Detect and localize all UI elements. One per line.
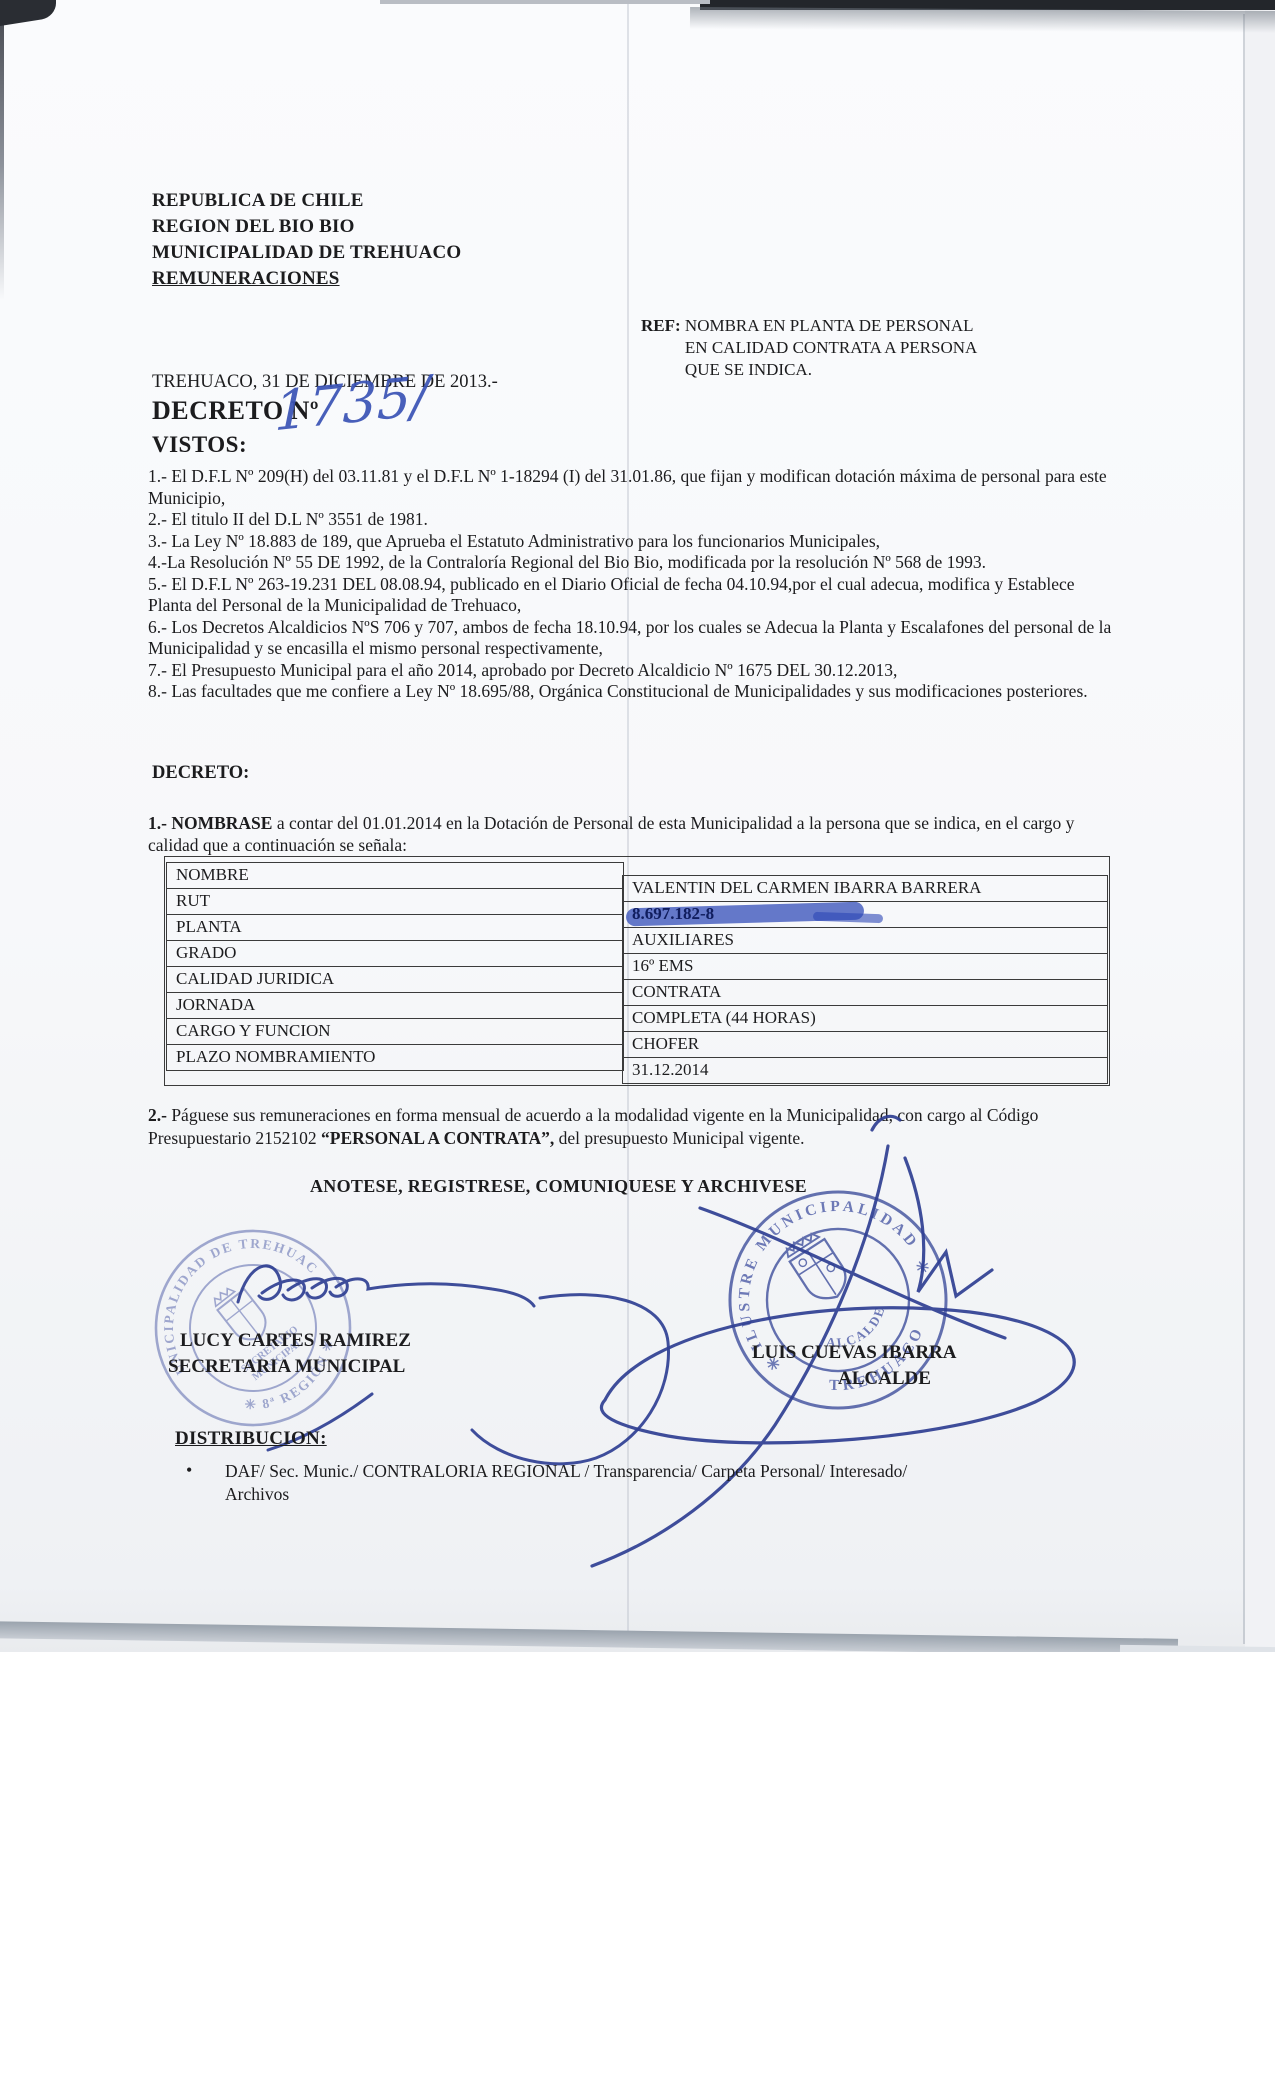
stamp-right-arc-bottom: TREHUACO <box>821 1318 938 1411</box>
vistos-item-3: 3.- La Ley Nº 18.883 de 189, que Aprueba… <box>148 531 1116 553</box>
table-value-plazo: 31.12.2014 <box>623 1058 1107 1083</box>
article-2-budget-item: “PERSONAL A CONTRATA”, <box>321 1128 554 1148</box>
letterhead-country: REPUBLICA DE CHILE <box>152 188 461 214</box>
letterhead-region: REGION DEL BIO BIO <box>152 214 461 240</box>
vistos-item-8: 8.- Las facultades que me confiere a Ley… <box>148 681 1116 703</box>
vistos-list: 1.- El D.F.L Nº 209(H) del 03.11.81 y el… <box>148 466 1116 703</box>
vistos-item-4: 4.-La Resolución Nº 55 DE 1992, de la Co… <box>148 552 1116 574</box>
paper-right-edge <box>1243 14 1245 1644</box>
rut-text: 8.697.182-8 <box>632 904 714 923</box>
table-value-cargo: CHOFER <box>623 1032 1107 1058</box>
vistos-item-6: 6.- Los Decretos Alcaldicios NºS 706 y 7… <box>148 617 1116 660</box>
vistos-item-7: 7.- El Presupuesto Municipal para el año… <box>148 660 1116 682</box>
scan-top-shadow <box>690 7 1275 33</box>
scanner-background <box>0 1656 1275 2100</box>
scanned-paper: REPUBLICA DE CHILE REGION DEL BIO BIO MU… <box>0 0 1275 1652</box>
closing-formula: ANOTESE, REGISTRESE, COMUNIQUESE Y ARCHI… <box>310 1176 807 1197</box>
distribution-item-line2: Archivos <box>225 1484 289 1504</box>
table-value-nombre: VALENTIN DEL CARMEN IBARRA BARRERA <box>623 876 1107 902</box>
article-1-text: a contar del 01.01.2014 en la Dotación d… <box>148 813 1074 855</box>
table-label-nombre: NOMBRE <box>167 863 623 889</box>
table-label-calidad: CALIDAD JURIDICA <box>167 967 623 993</box>
table-label-planta: PLANTA <box>167 915 623 941</box>
vistos-item-1: 1.- El D.F.L Nº 209(H) del 03.11.81 y el… <box>148 466 1116 509</box>
table-value-rut: 8.697.182-8 <box>623 902 1107 928</box>
article-2-number: 2.- <box>148 1105 167 1125</box>
scan-bottom-edge <box>0 1621 1178 1652</box>
decreto-heading: DECRETO: <box>152 763 249 784</box>
scan-bottom-edge-right <box>1120 1645 1275 1652</box>
table-label-cargo: CARGO Y FUNCION <box>167 1019 623 1045</box>
letterhead-municipality: MUNICIPALIDAD DE TREHUACO <box>152 240 461 266</box>
article-1-number: 1.- NOMBRASE <box>148 813 272 833</box>
vistos-heading: VISTOS: <box>152 432 247 458</box>
scan-top-faint-line <box>380 0 710 4</box>
ref-block: REF: NOMBRA EN PLANTA DE PERSONAL EN CAL… <box>641 315 1061 381</box>
table-label-rut: RUT <box>167 889 623 915</box>
table-value-grado: 16º EMS <box>623 954 1107 980</box>
table-value-calidad: CONTRATA <box>623 980 1107 1006</box>
blue-marker-highlight-tail <box>813 912 883 923</box>
mayor-title: ALCALDE <box>838 1368 931 1390</box>
table-label-plazo: PLAZO NOMBRAMIENTO <box>167 1045 623 1070</box>
ref-line-1: NOMBRA EN PLANTA DE PERSONAL <box>685 316 974 335</box>
scan-corner-mark <box>0 0 56 26</box>
article-2-text-b: del presupuesto Municipal vigente. <box>554 1128 804 1148</box>
secretary-title: SECRETARIA MUNICIPAL <box>168 1356 405 1378</box>
ref-lines: NOMBRA EN PLANTA DE PERSONAL EN CALIDAD … <box>685 315 977 381</box>
stamp-right-coat-of-arms <box>782 1227 854 1307</box>
scanned-decree-page: REPUBLICA DE CHILE REGION DEL BIO BIO MU… <box>0 0 1275 2100</box>
table-label-jornada: JORNADA <box>167 993 623 1019</box>
distribution-item: DAF/ Sec. Munic./ CONTRALORIA REGIONAL /… <box>225 1460 1035 1506</box>
appointment-table-labels: NOMBRE RUT PLANTA GRADO CALIDAD JURIDICA… <box>166 862 624 1071</box>
secretary-name: LUCY CARTES RAMIREZ <box>180 1330 411 1352</box>
distribution-bullet: • <box>186 1460 192 1481</box>
paper-left-edge <box>0 0 4 300</box>
vistos-item-2: 2.- El titulo II del D.L Nº 3551 de 1981… <box>148 509 1116 531</box>
paper-right-margin <box>1245 0 1275 1652</box>
appointment-table-values: VALENTIN DEL CARMEN IBARRA BARRERA 8.697… <box>622 875 1108 1084</box>
secretary-stamp: MUNICIPALIDAD DE TREHUACO ✳ 8ª REGIÓN ✳ … <box>117 1192 389 1464</box>
article-1: 1.- NOMBRASE a contar del 01.01.2014 en … <box>148 812 1116 856</box>
stamp-right-star-right: ✳ <box>913 1257 934 1279</box>
distribution-heading: DISTRIBUCION: <box>175 1428 327 1450</box>
svg-text:TREHUACO: TREHUACO <box>821 1318 938 1411</box>
letterhead: REPUBLICA DE CHILE REGION DEL BIO BIO MU… <box>152 188 461 292</box>
table-value-planta: AUXILIARES <box>623 928 1107 954</box>
article-2: 2.- Páguese sus remuneraciones en forma … <box>148 1104 1116 1149</box>
distribution-item-line1: DAF/ Sec. Munic./ CONTRALORIA REGIONAL /… <box>225 1461 907 1481</box>
letterhead-department: REMUNERACIONES <box>152 266 461 292</box>
ref-line-3: QUE SE INDICA. <box>685 360 812 379</box>
ref-label: REF: <box>641 316 681 335</box>
ref-line-2: EN CALIDAD CONTRATA A PERSONA <box>685 338 977 357</box>
table-label-grado: GRADO <box>167 941 623 967</box>
table-value-jornada: COMPLETA (44 HORAS) <box>623 1006 1107 1032</box>
mayor-name: LUIS CUEVAS IBARRA <box>752 1342 956 1364</box>
vistos-item-5: 5.- El D.F.L Nº 263-19.231 DEL 08.08.94,… <box>148 574 1116 617</box>
